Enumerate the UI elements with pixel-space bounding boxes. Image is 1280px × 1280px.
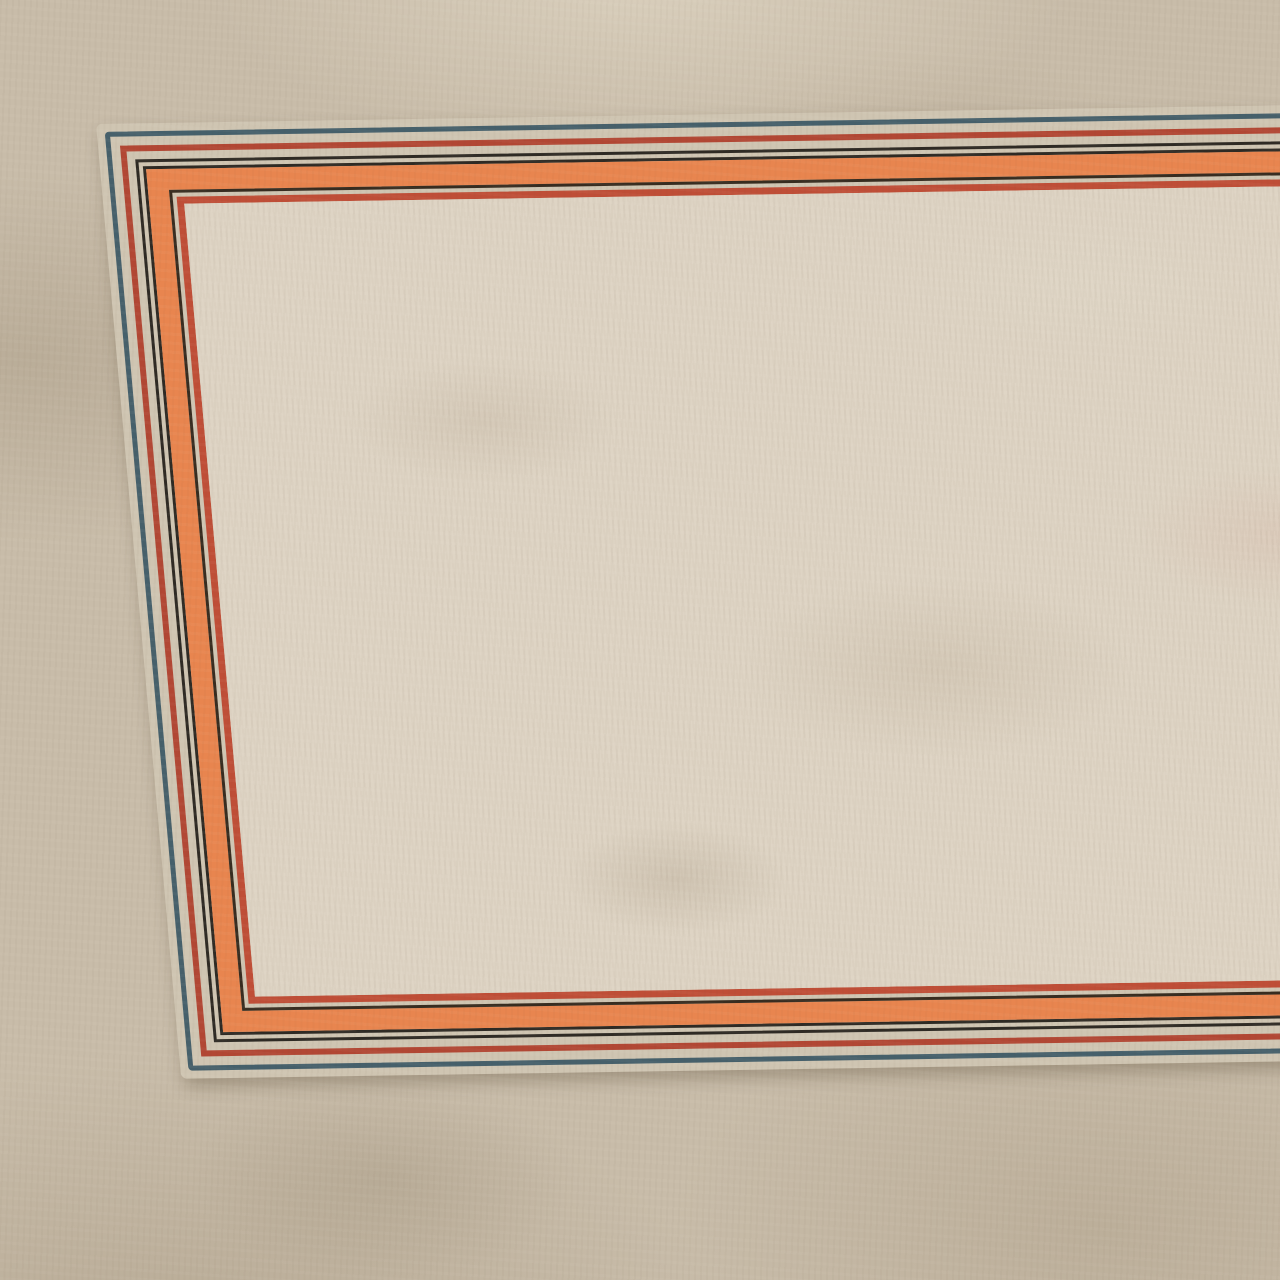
border-red-outer-rule — [120, 124, 1280, 1057]
border-black-pinstripe-inner — [143, 145, 1280, 1035]
mount-paper-background — [0, 0, 1280, 1280]
manuscript-sheet — [96, 102, 1280, 1079]
text-panel — [184, 184, 1280, 997]
border-orange-band — [146, 148, 1280, 1032]
border-blue-outer-rule — [105, 110, 1280, 1071]
border-red-inner-rule — [177, 177, 1280, 1004]
border-black-pinstripe-outer — [135, 138, 1280, 1042]
border-black-pinstripe-c — [169, 170, 1280, 1011]
